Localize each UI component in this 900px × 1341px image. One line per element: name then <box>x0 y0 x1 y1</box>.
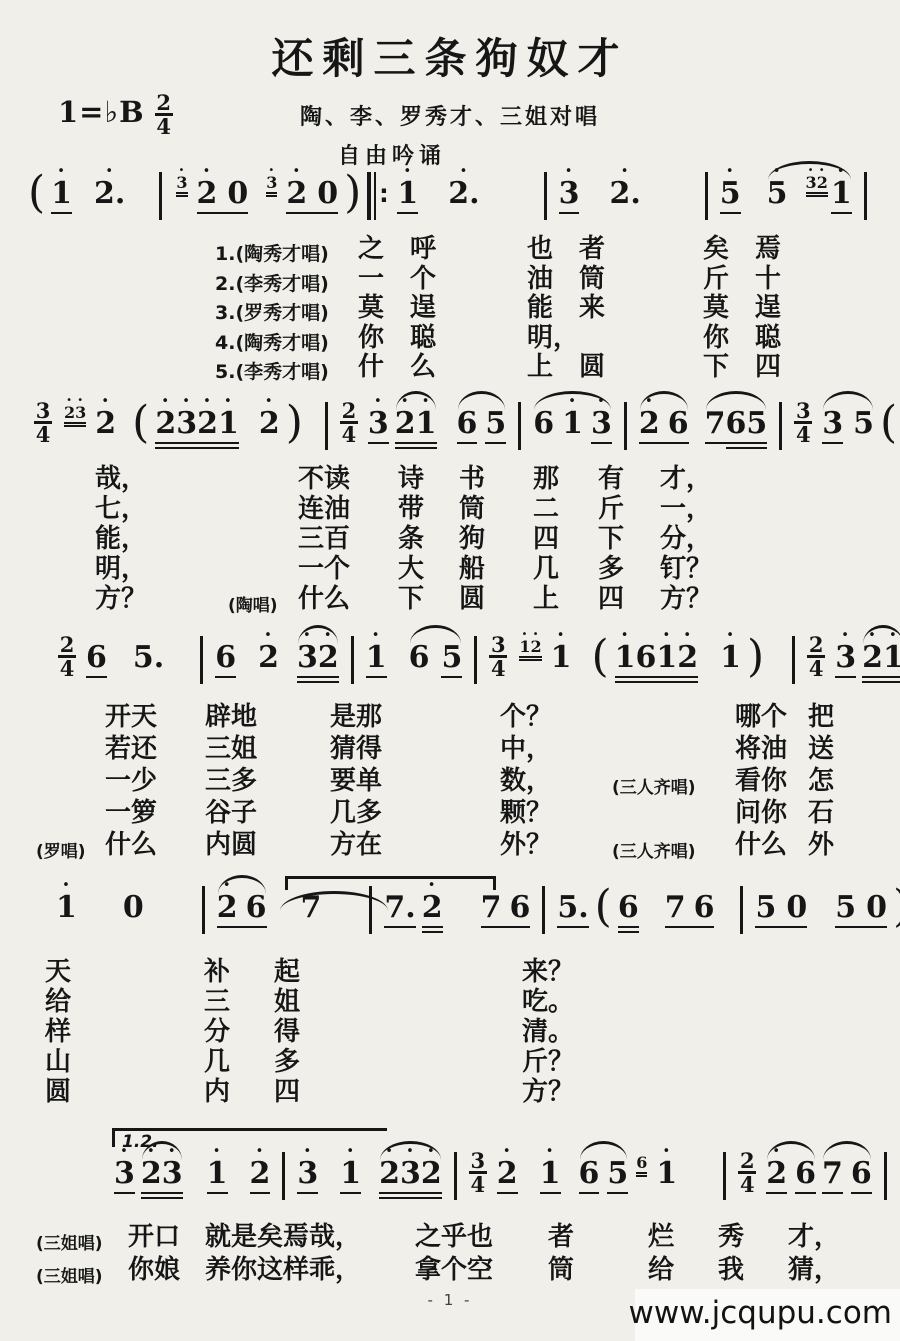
lyric-row: 2.(李秀才唱)一 个油 筒斤 十 <box>0 264 900 296</box>
group-beam <box>286 212 338 215</box>
beam-line <box>720 212 741 215</box>
lyric-cell: 三 <box>204 987 230 1017</box>
note-group: •1 6•1•2 <box>615 630 699 683</box>
grace-digit: 3 <box>266 175 277 190</box>
note-digit: 5 <box>767 178 788 209</box>
lyric-cell: 下 <box>398 584 424 614</box>
lyric-row: 哉，不读诗书那有才， <box>0 464 900 496</box>
beam-line <box>51 212 72 215</box>
note-digit: 1 <box>51 178 72 209</box>
spacer <box>695 396 699 397</box>
group-beam <box>755 926 807 929</box>
group-beam <box>379 1192 442 1195</box>
grace-notes: •3•2 <box>806 167 828 197</box>
beam-line <box>618 931 639 934</box>
note: •1 <box>551 630 572 673</box>
note: •3 <box>297 1146 318 1194</box>
beam-line <box>795 1192 816 1195</box>
grace-row: •3•2 <box>806 167 828 190</box>
lyric-cell: 一个 <box>298 554 350 584</box>
grace-digit: 3 <box>75 405 86 420</box>
group-beam <box>862 676 900 679</box>
lyric-cell: 怎 <box>808 766 834 796</box>
beam-line <box>579 1192 600 1195</box>
note-digit: 6 <box>215 642 236 673</box>
note-digit: 0 <box>866 892 887 923</box>
lyric-cell: 多 <box>274 1047 300 1077</box>
note: •2 <box>95 396 116 439</box>
lyric-cell: 之乎也 <box>415 1222 493 1252</box>
grace-beam <box>64 425 86 427</box>
grace-note: •3 <box>176 167 187 190</box>
note: •2 <box>197 396 218 439</box>
note: •1 <box>615 630 636 673</box>
lyric-row: 七，连油带筒二斤一， <box>0 494 900 526</box>
note: 6 <box>509 880 530 923</box>
lyric-speaker-label: (三人齐唱) <box>612 837 696 867</box>
barline <box>159 172 162 220</box>
lyric-cell: 开天 <box>105 702 157 732</box>
grace-notes: •1•2 <box>519 631 541 661</box>
note: •1 <box>207 1146 228 1194</box>
lyric-cell: 内圆 <box>205 830 257 860</box>
lyric-row: 3.(罗秀才唱)莫 逞能 来莫 逞 <box>0 293 900 325</box>
note: 6 <box>215 630 236 678</box>
music-line: 34•2•3•2(•2•3•2•1•2)24•3•2•1 6 5 6•1•3•2… <box>34 396 900 460</box>
lyric-speaker-label: (陶唱) <box>228 591 278 621</box>
time-top: 3 <box>470 1151 485 1170</box>
beam-line <box>591 442 612 445</box>
lyric-cell: 莫 逞 <box>703 293 781 323</box>
note-digit: 3 <box>835 642 856 673</box>
parenthesis: ( <box>595 882 612 932</box>
parenthesis: ( <box>880 398 897 448</box>
barline <box>542 886 545 934</box>
spacer <box>776 880 786 881</box>
lyric-cell: 三多 <box>205 766 257 796</box>
note-digit: 2 <box>497 1158 518 1189</box>
grace-notes: 6 <box>636 1147 647 1177</box>
lyric-cell: 分 <box>204 1017 230 1047</box>
note-digit: 2 <box>286 178 307 209</box>
note: •2 <box>258 630 279 673</box>
beam-line <box>340 1192 361 1195</box>
spacer <box>647 166 693 167</box>
lyric-cell: 连油 <box>298 494 350 524</box>
beam-line <box>366 676 387 679</box>
time-signature: 34 <box>34 401 52 444</box>
note-digit: 2 <box>258 642 279 673</box>
spacer <box>245 396 253 397</box>
grace-beam <box>266 192 277 194</box>
spacer <box>307 166 317 167</box>
beam-line <box>851 1192 872 1195</box>
note: •1 <box>340 1146 361 1194</box>
beam-line <box>705 442 726 445</box>
note-digit: 2 <box>862 642 883 673</box>
note: 5 <box>835 880 856 923</box>
lyric-cell: 石 <box>808 798 834 828</box>
note-digit: 1 <box>366 642 387 673</box>
lyric-cell: 不读 <box>298 464 350 494</box>
lyric-cell: 什么 <box>105 830 157 860</box>
lyric-cell: 内 <box>204 1077 230 1107</box>
grace-digit: 2 <box>64 405 75 420</box>
note-digit: 5. <box>133 642 164 673</box>
beam-line <box>422 931 443 934</box>
lyric-cell: 几 <box>533 554 559 584</box>
lyric-cell: 山 <box>45 1047 71 1077</box>
note-digit: 5 <box>746 408 767 439</box>
lyric-cell: 才， <box>788 1222 840 1252</box>
note: 0 <box>866 880 887 923</box>
note-group: •2•3 <box>141 1146 183 1199</box>
spacer <box>150 880 190 881</box>
note-group: 5 0 <box>835 880 887 928</box>
time-top: 3 <box>796 401 811 420</box>
note-digit: 0 <box>317 178 338 209</box>
group-beam <box>141 1197 183 1200</box>
note: •3 <box>559 166 580 214</box>
lyric-cell: 矣 焉 <box>703 234 781 264</box>
lyric-cell: 颗？ <box>500 798 552 828</box>
group-beam <box>297 676 339 679</box>
grace-notes: •3 <box>176 167 187 197</box>
group-beam <box>197 212 249 215</box>
note-digit: 0 <box>786 892 807 923</box>
note-digit: 5 <box>755 892 776 923</box>
note: •2. <box>94 166 125 209</box>
note-digit: 1 <box>615 642 636 673</box>
note: 0 <box>786 880 807 923</box>
note-digit: 5 <box>485 408 506 439</box>
lyric-cell: 三百 <box>298 524 350 554</box>
spacer <box>443 396 451 397</box>
spacer <box>686 880 694 881</box>
group-beam <box>395 447 437 450</box>
spacer <box>285 630 291 631</box>
note: •2 <box>497 1146 518 1194</box>
phrase-bracket <box>285 876 496 890</box>
note: •2. <box>448 166 479 209</box>
sheet-page: 还剩三条狗奴才 1=♭B 2 4 陶、李、罗秀才、三姐对唱 自由吟诵 (•1•2… <box>0 0 900 1341</box>
lyric-row: 能，三百条狗四下分， <box>0 524 900 556</box>
group-row: 7 6 <box>665 880 715 923</box>
beam-line <box>746 442 767 445</box>
beam-line <box>766 1192 787 1195</box>
note-digit: 3 <box>176 408 197 439</box>
parenthesis: ( <box>132 398 149 448</box>
grace-row: •3 <box>176 167 187 190</box>
time-top: 2 <box>60 635 75 654</box>
lyric-cell: 送 <box>808 734 834 764</box>
group-beam <box>395 442 437 445</box>
grace-digit: 3 <box>176 175 187 190</box>
note: •2. <box>609 166 640 209</box>
lyric-row: (三姐唱)你娘养你这样乖，拿个空筒给我猜， <box>0 1255 900 1287</box>
beam-line <box>457 442 478 445</box>
note-digit: 6 <box>246 892 267 923</box>
lyric-cell: 是那 <box>330 702 382 732</box>
lyric-cell: 四 <box>274 1077 300 1107</box>
spacer <box>170 630 188 631</box>
grace-beam <box>64 422 86 424</box>
note-group: 6 5 <box>579 1146 629 1194</box>
lyric-row: 圆内四方？ <box>0 1077 900 1109</box>
lyric-row: 天补起来？ <box>0 957 900 989</box>
lyric-cell: 下 <box>598 524 624 554</box>
note-digit: 6 <box>795 1158 816 1189</box>
lyric-cell: 斤？ <box>522 1047 574 1077</box>
barline <box>474 636 477 684</box>
note-digit: 3 <box>591 408 612 439</box>
time-bottom: 4 <box>740 1175 755 1194</box>
page-title: 还剩三条狗奴才 <box>0 26 900 86</box>
note-group: 6•1•3 <box>533 396 612 444</box>
note-group: 6 5 <box>409 630 463 678</box>
beam-line <box>540 1192 561 1195</box>
spacer <box>83 880 117 881</box>
lyric-cell: 中， <box>500 734 552 764</box>
note-digit: 2 <box>318 642 339 673</box>
grace-beam <box>806 192 828 194</box>
time-top: 2 <box>809 635 824 654</box>
lyric-cell: 书 <box>459 464 485 494</box>
lyric-cell: 几 <box>204 1047 230 1077</box>
lyric-cell: 拿个空 <box>415 1255 493 1285</box>
lyric-cell: 要单 <box>330 766 382 796</box>
beam-line <box>250 1192 271 1195</box>
lyric-cell: 看你 <box>735 766 787 796</box>
grace-row: •3 <box>266 167 277 190</box>
lyric-cell: 圆 <box>459 584 485 614</box>
lyric-speaker-label: (三姐唱) <box>36 1262 103 1292</box>
note: •1 <box>218 396 239 439</box>
grace-note: 6 <box>636 1147 647 1170</box>
parenthesis: ) <box>747 632 764 682</box>
note: •2 <box>155 396 176 439</box>
lyric-cell: 斤 十 <box>703 264 781 294</box>
group-row: •1 6•1•2 <box>615 630 699 673</box>
lyric-cell: 圆 <box>45 1077 71 1107</box>
lyric-cell: 养你这样乖， <box>205 1255 361 1285</box>
parenthesis: ( <box>591 632 608 682</box>
lyric-row: (三姐唱)开口就是矣焉哉，之乎也者烂秀才， <box>0 1222 900 1254</box>
spacer <box>747 166 761 167</box>
parenthesis: ) <box>286 398 303 448</box>
note-digit: 6 <box>851 1158 872 1189</box>
lyric-cell: 莫 逞 <box>358 293 436 323</box>
lyric-cell: 多 <box>598 554 624 584</box>
barline <box>544 172 547 220</box>
lyric-cell: 明， <box>95 554 147 584</box>
note: •1 <box>656 1146 677 1189</box>
note-digit: 3 <box>822 408 843 439</box>
lyric-cell: 得 <box>274 1017 300 1047</box>
note-digit: 3 <box>297 1158 318 1189</box>
grace-beam <box>636 1175 647 1177</box>
note-digit: 7 <box>705 408 726 439</box>
lyric-cell: 斤 <box>598 494 624 524</box>
lyric-cell: 姐 <box>274 987 300 1017</box>
lyric-cell: 起 <box>274 957 300 987</box>
group-row: •2 0 <box>197 166 249 209</box>
time-bottom: 4 <box>491 659 506 678</box>
note-digit: 3 <box>368 408 389 439</box>
spacer <box>683 1146 711 1147</box>
note-digit: 1 <box>656 1158 677 1189</box>
beam-line <box>835 676 856 679</box>
spacer <box>770 630 780 631</box>
grace-note: •3 <box>266 167 277 190</box>
barline <box>282 1152 285 1200</box>
note-digit: 5 <box>441 642 462 673</box>
beam-line <box>822 1192 843 1195</box>
note-digit: 1 <box>540 1158 561 1189</box>
lyric-cell: 筒 <box>459 494 485 524</box>
lyric-cell: 你娘 <box>128 1255 180 1285</box>
note-digit: 2. <box>94 178 125 209</box>
group-beam <box>481 926 531 929</box>
spacer <box>720 880 728 881</box>
group-beam <box>297 681 339 684</box>
grace-digit: 2 <box>530 639 541 654</box>
note-digit: 6 <box>579 1158 600 1189</box>
barline <box>705 172 708 220</box>
group-beam <box>155 442 239 445</box>
note: •3 <box>176 396 197 439</box>
lyric-row: 方？(陶唱)什么下圆上四方？ <box>0 584 900 616</box>
lyric-row: 4.(陶秀才唱)你 聪明，你 聪 <box>0 323 900 355</box>
grace-beam <box>176 195 187 197</box>
group-beam <box>665 926 715 929</box>
spacer <box>645 880 659 881</box>
note: •2 <box>250 1146 271 1194</box>
lyric-cell: 一少 <box>105 766 157 796</box>
beam-line <box>557 926 588 929</box>
note-digit: 1 <box>562 408 583 439</box>
spacer <box>704 630 714 631</box>
spacer <box>122 396 126 397</box>
group-beam <box>141 1192 183 1195</box>
note: •1 <box>720 630 741 673</box>
grace-note: •2 <box>817 167 828 190</box>
beam-line <box>726 447 747 450</box>
lyric-cell: 钉？ <box>660 554 712 584</box>
lyric-cell: 才， <box>660 464 712 494</box>
note: 6 <box>636 630 657 673</box>
note-digit: 3 <box>162 1158 183 1189</box>
note-digit: 1 <box>551 642 572 673</box>
note: •3 <box>368 396 389 444</box>
note-digit: 7 <box>665 892 686 923</box>
note-digit: 7 <box>822 1158 843 1189</box>
note-group: •2 0 <box>286 166 338 214</box>
lyric-cell: 能 来 <box>527 293 605 323</box>
group-row: 5 0 <box>755 880 807 923</box>
grace-beam <box>806 195 828 197</box>
group-beam <box>615 676 699 679</box>
lyric-cell: 有 <box>598 464 624 494</box>
grace-digit: 2 <box>817 175 828 190</box>
note-digit: 7 <box>481 892 502 923</box>
time-signature: 34 <box>794 401 812 444</box>
lyric-cell: 外 <box>808 830 834 860</box>
lyric-row: 开天辟地是那个？哪个把 <box>0 702 900 734</box>
time-top: 2 <box>342 401 357 420</box>
note-group: 6 5 <box>457 396 507 444</box>
barline <box>202 886 205 934</box>
lyric-cell: 天 <box>45 957 71 987</box>
note-digit: 6 <box>668 408 689 439</box>
note: 0 <box>123 880 144 923</box>
lyric-cell: 你 聪 <box>358 323 436 353</box>
note: •3 <box>114 1146 135 1194</box>
note-digit: 2 <box>95 408 116 439</box>
note: 5 <box>755 880 776 923</box>
note-digit: 1 <box>831 178 852 209</box>
note: •1 <box>656 630 677 673</box>
lyric-cell: 方？ <box>660 584 712 614</box>
volta-bracket: 1.2. <box>112 1128 387 1147</box>
beam-line <box>207 1192 228 1195</box>
note: 6 <box>86 630 107 678</box>
lyric-cell: 一箩 <box>105 798 157 828</box>
note-digit: 1 <box>397 178 418 209</box>
note: •2 <box>286 166 307 209</box>
note-group: •2 6 <box>639 396 689 444</box>
note-digit: 2 <box>422 892 443 923</box>
spacer <box>217 166 227 167</box>
group-row: •2•3•2•1 <box>155 396 239 439</box>
grace-notes: •3 <box>266 167 277 197</box>
lyric-cell: 下 四 <box>703 352 781 382</box>
parenthesis: ( <box>28 168 45 218</box>
note: 5. <box>133 630 164 673</box>
note-digit: 3 <box>559 178 580 209</box>
time-bottom: 4 <box>60 659 75 678</box>
spacer <box>393 630 403 631</box>
beam-line <box>607 1192 628 1195</box>
grace-digit: 1 <box>519 639 530 654</box>
lyric-cell: 问你 <box>735 798 787 828</box>
note-digit: 7. <box>384 892 415 923</box>
music-line: (•1•2.•3•2 0•3•2 0)∶•1•2.•3•2.•5•5•3•2•1 <box>28 166 873 230</box>
beam-line <box>422 926 443 929</box>
note-group: 3 5 <box>822 396 874 444</box>
lyric-cell: 大 <box>398 554 424 584</box>
lyric-cell: 辟地 <box>205 702 257 732</box>
barline <box>518 402 521 450</box>
music-line: 24 6 5. 6•2•3•2•1 6 534•1•2•1(•1 6•1•2•1… <box>58 630 900 694</box>
lyric-cell: 上 圆 <box>527 352 605 382</box>
lyric-row: 若还三姐猜得中，将油送 <box>0 734 900 766</box>
note-digit: 2 <box>639 408 660 439</box>
note-digit: 2 <box>259 408 280 439</box>
note-group: •2•3•2 <box>379 1146 442 1199</box>
beam-line <box>618 926 639 929</box>
beam-line <box>384 926 415 929</box>
lyric-cell: 谷子 <box>205 798 257 828</box>
note-digit: 3 <box>297 642 318 673</box>
note-group: •2 6 <box>766 1146 816 1194</box>
note-digit: 3 <box>114 1158 135 1189</box>
beam-line <box>831 212 852 215</box>
note: 6 <box>694 880 715 923</box>
note-digit: 2 <box>421 1158 442 1189</box>
group-beam <box>379 1197 442 1200</box>
group-row: 5 0 <box>835 880 887 923</box>
